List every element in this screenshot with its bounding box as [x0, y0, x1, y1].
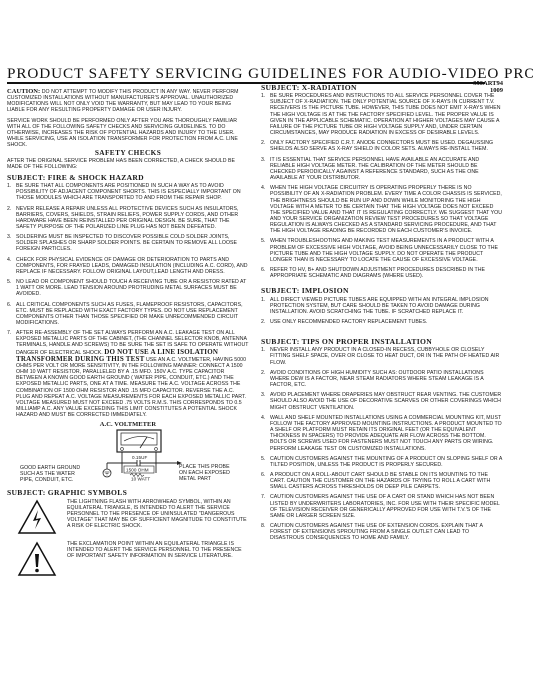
list-item: 5.WHEN TROUBLESHOOTING AND MAKING TEST M… — [261, 238, 503, 263]
lightning-warning-icon — [17, 499, 57, 535]
title-rule — [7, 82, 485, 84]
list-item: 5.NO LEAD OR COMPONENT SHOULD TOUCH A RE… — [7, 279, 249, 297]
list-item: 5.CAUTION CUSTOMERS AGAINST THE MOUNTING… — [261, 456, 503, 468]
exclamation-symbol-row: THE EXCLAMATION POINT WITHIN AN EQUILATE… — [7, 541, 249, 577]
list-item: 1.BE SURE PROCEDURES AND INSTRUCTIONS TO… — [261, 93, 503, 136]
fire-shock-heading: SUBJECT: FIRE & SHOCK HAZARD — [7, 175, 249, 181]
ground-label: GOOD EARTH GROUND SUCH AS THE WATER PIPE… — [20, 465, 82, 483]
caution-text: DO NOT ATTEMPT TO MODIFY THIS PRODUCT IN… — [7, 89, 239, 113]
list-item: 6.A PRODUCT ON A ROLL-ABOUT CART SHOULD … — [261, 472, 503, 490]
installation-list: 1.NEVER INSTALL ANY PRODUCT IN A CLOSED-… — [261, 347, 503, 541]
voltmeter-diagram: A.C. VOLTMETER 0.15uF 1500 OHM — [7, 422, 249, 480]
list-item: 6.ALL CRITICAL COMPONENTS SUCH AS FUSES,… — [7, 302, 249, 327]
list-item: 1.NEVER INSTALL ANY PRODUCT IN A CLOSED-… — [261, 347, 503, 365]
graphic-symbols-heading: SUBJECT: GRAPHIC SYMBOLS — [7, 490, 249, 496]
list-item: 4.WALL AND SHELF MOUNTED INSTALLATIONS U… — [261, 415, 503, 452]
list-item: 2.AVOID CONDITIONS OF HIGH HUMIDITY SUCH… — [261, 370, 503, 388]
left-column: CAUTION: DO NOT ATTEMPT TO MODIFY THIS P… — [7, 89, 249, 583]
list-item: 4.WHEN THE HIGH VOLTAGE CIRCUITRY IS OPE… — [261, 185, 503, 234]
caution-paragraph: CAUTION: DO NOT ATTEMPT TO MODIFY THIS P… — [7, 89, 249, 114]
list-item: 2.ONLY FACTORY SPECIFIED C.R.T. ANODE CO… — [261, 140, 503, 152]
list-item: 4.CHECK FOR PHYSICAL EVIDENCE OF DAMAGE … — [7, 257, 249, 275]
list-item: 8.CAUTION CUSTOMERS AGAINST THE USE OF E… — [261, 523, 503, 541]
service-paragraph: SERVICE WORK SHOULD BE PERFORMED ONLY AF… — [7, 118, 249, 136]
isolation-paragraph: WHILE SERVICING, USE AN ISOLATION TRANSF… — [7, 136, 249, 148]
probe-label: PLACE THIS PROBE ON EACH EXPOSED METAL P… — [179, 464, 237, 482]
list-item: 3.SOLDERING MUST BE INSPECTED TO DISCOVE… — [7, 234, 249, 252]
svg-text:0.15uF: 0.15uF — [132, 455, 148, 460]
list-item: 1.BE SURE THAT ALL COMPONENTS ARE POSITI… — [7, 183, 249, 201]
caution-label: CAUTION: — [7, 88, 40, 95]
svg-text:10 WATT: 10 WATT — [131, 477, 150, 482]
exclamation-description: THE EXCLAMATION POINT WITHIN AN EQUILATE… — [67, 541, 249, 577]
x-radiation-heading: SUBJECT: X-RADIATION — [261, 85, 503, 91]
list-item: 6.REFER TO HV, B+ AND SHUTDOWN ADJUSTMEN… — [261, 267, 503, 279]
right-column: SUBJECT: X-RADIATION 1.BE SURE PROCEDURE… — [261, 85, 503, 546]
implosion-list: 1.ALL DIRECT VIEWED PICTURE TUBES ARE EQ… — [261, 297, 503, 326]
exclamation-warning-icon — [17, 541, 57, 577]
safety-checks-heading: SAFETY CHECKS — [7, 150, 249, 156]
installation-heading: SUBJECT: TIPS ON PROPER INSTALLATION — [261, 339, 503, 345]
list-item: 3.IT IS ESSENTIAL THAT SERVICE PERSONNEL… — [261, 157, 503, 182]
svg-text:1500 OHM: 1500 OHM — [126, 468, 149, 473]
list-item-leakage-test: 7.AFTER RE-ASSEMBLY OF THE SET ALWAYS PE… — [7, 330, 249, 418]
lightning-description: THE LIGHTNING FLASH WITH ARROWHEAD SYMBO… — [67, 499, 249, 535]
list-item: 2.USE ONLY RECOMMENDED FACTORY REPLACEME… — [261, 319, 503, 325]
list-item: 7.CAUTION CUSTOMERS AGAINST THE USE OF A… — [261, 494, 503, 519]
list-item: 1.ALL DIRECT VIEWED PICTURE TUBES ARE EQ… — [261, 297, 503, 315]
fire-shock-list: 1.BE SURE THAT ALL COMPONENTS ARE POSITI… — [7, 183, 249, 418]
implosion-heading: SUBJECT: IMPLOSION — [261, 288, 503, 294]
diagram-title: A.C. VOLTMETER — [7, 422, 249, 428]
safety-checks-intro: AFTER THE ORIGINAL SERVICE PROBLEM HAS B… — [7, 158, 249, 170]
lightning-symbol-row: THE LIGHTNING FLASH WITH ARROWHEAD SYMBO… — [7, 499, 249, 535]
page-title: PRODUCT SAFETY SERVICING GUIDELINES FOR … — [7, 65, 519, 83]
list-item: 3.AVOID PLACEMENT WHERE DRAPERIES MAY OB… — [261, 392, 503, 410]
list-item: 2.NEVER RELEASE A REPAIR UNLESS ALL PROT… — [7, 206, 249, 231]
x-radiation-list: 1.BE SURE PROCEDURES AND INSTRUCTIONS TO… — [261, 93, 503, 279]
